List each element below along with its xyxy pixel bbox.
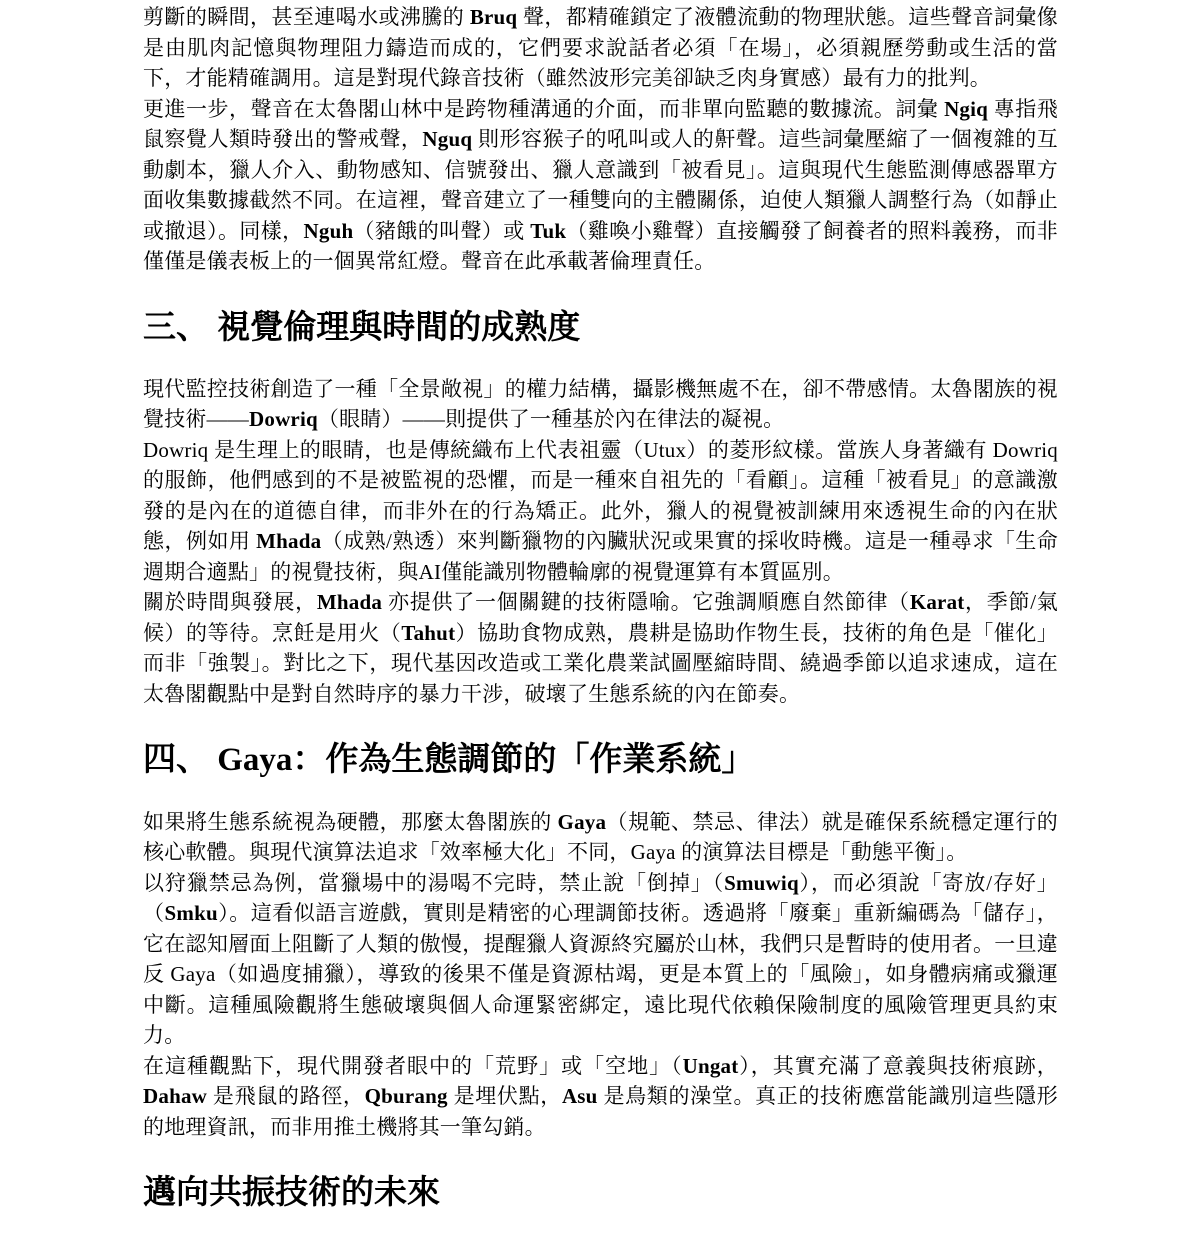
text-run: 是飛鼠的路徑， <box>207 1084 365 1108</box>
text-run: 如果將生態系統視為硬體，那麼太魯閣族的 <box>143 810 558 834</box>
paragraph: 如果將生態系統視為硬體，那麼太魯閣族的 Gaya（規範、禁忌、律法）就是確保系統… <box>143 807 1058 868</box>
term-emphasis: Dahaw <box>143 1084 207 1108</box>
term-emphasis: Smku <box>165 901 218 925</box>
text-run: （豬餓的叫聲）或 <box>353 219 530 243</box>
paragraph: 剪斷的瞬間，甚至連喝水或沸騰的 Bruq 聲，都精確鎖定了液體流動的物理狀態。這… <box>143 2 1058 94</box>
term-emphasis: Nguh <box>304 219 354 243</box>
text-run: 更進一步，聲音在太魯閣山林中是跨物種溝通的介面，而非單向監聽的數據流。詞彙 <box>143 97 944 121</box>
section-heading: 三、 視覺倫理與時間的成熟度 <box>143 308 1058 348</box>
section-heading: 四、 Gaya：作為生態調節的「作業系統」 <box>143 740 1058 780</box>
section-heading: 邁向共振技術的未來 <box>143 1173 1058 1213</box>
text-run: 三、 視覺倫理與時間的成熟度 <box>143 310 580 346</box>
text-run: 剪斷的瞬間，甚至連喝水或沸騰的 <box>143 5 470 29</box>
term-emphasis: Mhada <box>256 529 321 553</box>
text-run: 是埋伏點， <box>448 1084 562 1108</box>
term-emphasis: Ngiq <box>944 97 988 121</box>
term-emphasis: Asu <box>562 1084 598 1108</box>
text-run: 在這種觀點下，現代開發者眼中的「荒野」或「空地」（ <box>143 1054 683 1078</box>
text-run: 關於時間與發展， <box>143 590 317 614</box>
term-emphasis: Bruq <box>470 5 518 29</box>
term-emphasis: Dowriq <box>249 407 318 431</box>
text-run: ）。這看似語言遊戲，實則是精密的心理調節技術。透過將「廢棄」重新編碼為「儲存」，… <box>143 901 1058 1047</box>
text-run: 以狩獵禁忌為例，當獵場中的湯喝不完時，禁止說「倒掉」（ <box>143 871 724 895</box>
term-emphasis: Smuwiq <box>724 871 799 895</box>
term-emphasis: Ungat <box>683 1054 739 1078</box>
document-page: 剪斷的瞬間，甚至連喝水或沸騰的 Bruq 聲，都精確鎖定了液體流動的物理狀態。這… <box>0 0 1200 1240</box>
term-emphasis: Mhada <box>317 590 382 614</box>
text-run: （眼睛）——則提供了一種基於內在律法的凝視。 <box>318 407 784 431</box>
term-emphasis: Gaya <box>558 810 607 834</box>
text-run: 邁向共振技術的未來 <box>143 1175 440 1211</box>
paragraph: 現代監控技術創造了一種「全景敞視」的權力結構，攝影機無處不在，卻不帶感情。太魯閣… <box>143 374 1058 435</box>
paragraph: 以狩獵禁忌為例，當獵場中的湯喝不完時，禁止說「倒掉」（Smuwiq），而必須說「… <box>143 868 1058 1051</box>
term-emphasis: Karat <box>910 590 965 614</box>
paragraph: 關於時間與發展，Mhada 亦提供了一個關鍵的技術隱喻。它強調順應自然節律（Ka… <box>143 587 1058 709</box>
term-emphasis: Tuk <box>530 219 566 243</box>
paragraph: 更進一步，聲音在太魯閣山林中是跨物種溝通的介面，而非單向監聽的數據流。詞彙 Ng… <box>143 94 1058 277</box>
paragraph: 在這種觀點下，現代開發者眼中的「荒野」或「空地」（Ungat），其實充滿了意義與… <box>143 1051 1058 1143</box>
text-run: ），其實充滿了意義與技術痕跡， <box>738 1054 1058 1078</box>
paragraph: Dowriq 是生理上的眼睛，也是傳統織布上代表祖靈（Utux）的菱形紋樣。當族… <box>143 435 1058 588</box>
term-emphasis: Tahut <box>401 621 455 645</box>
term-emphasis: Nguq <box>422 127 472 151</box>
term-emphasis: Qburang <box>365 1084 448 1108</box>
text-run: 亦提供了一個關鍵的技術隱喻。它強調順應自然節律（ <box>382 590 910 614</box>
document-content: 剪斷的瞬間，甚至連喝水或沸騰的 Bruq 聲，都精確鎖定了液體流動的物理狀態。這… <box>143 2 1058 1213</box>
text-run: 四、 Gaya：作為生態調節的「作業系統」 <box>143 742 754 778</box>
